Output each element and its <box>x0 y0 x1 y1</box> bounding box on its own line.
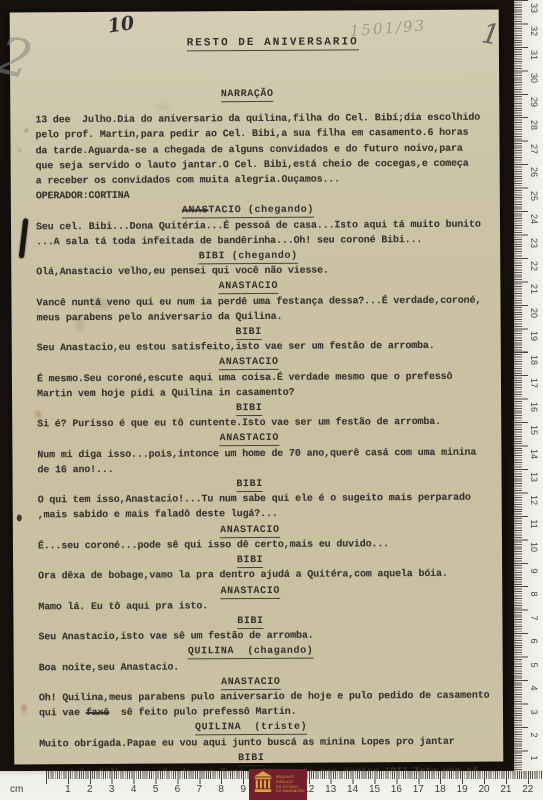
ruler-number: 28 <box>529 118 539 132</box>
script-line: ...A sala tá toda infeitada de bandêrinh… <box>36 233 460 251</box>
ruler-number: 32 <box>529 24 539 38</box>
ruler-number: 1 <box>60 784 76 795</box>
ruler-number: 31 <box>529 48 539 62</box>
script-line: O qui tem isso,Anastacio!...Tu num sabe … <box>38 491 462 509</box>
ruler-number: 7 <box>191 784 207 795</box>
ruler-number: 16 <box>529 400 539 414</box>
ruler-number: 12 <box>529 493 539 507</box>
ruler-number: 6 <box>529 634 539 648</box>
ruler-number: 13 <box>529 470 539 484</box>
script-line: Ora dêxa de bobage,vamo la pra dentro aj… <box>38 567 462 585</box>
ruler-number: 20 <box>529 306 539 320</box>
document-title: RESTO DE ANIVERSARIO <box>35 24 459 63</box>
archive-logo-text: ARQUIVOPUBLICODO ESTADODO MARANHÃO <box>276 775 305 793</box>
ruler-number: 23 <box>529 236 539 250</box>
ruler-number: 17 <box>529 376 539 390</box>
vertical-ruler: 3332313029282726252423222120191817161514… <box>514 0 543 800</box>
scanned-page: 10 2 1501/93 1 RESTO DE ANIVERSARIO NARR… <box>10 10 504 765</box>
cue-heading: NARRAÇÃO <box>35 86 459 104</box>
ruler-number: 22 <box>520 784 536 795</box>
ruler-number: 22 <box>529 259 539 273</box>
ruler-number: 2 <box>529 728 539 742</box>
script-line: Si é? Purisso é que eu tô cuntente.Isto … <box>37 415 461 433</box>
ruler-number: 14 <box>529 447 539 461</box>
ruler-major-ticks <box>514 0 528 800</box>
ruler-number: 1 <box>529 751 539 765</box>
ruler-number: 14 <box>345 784 361 795</box>
ruler-number: 19 <box>454 784 470 795</box>
archive-building-icon <box>253 770 273 799</box>
ruler-number: 18 <box>529 353 539 367</box>
ruler-number: 27 <box>529 142 539 156</box>
script-blocks: NARRAÇÃO13 dee Julho.Dia do aniversario … <box>35 86 463 783</box>
script-line: que seja servido o lauto jantar.O Cel. B… <box>36 157 460 175</box>
ruler-number: 17 <box>410 784 426 795</box>
ruler-number: 16 <box>388 784 404 795</box>
script-line: Muito obrigada.Papae eu vou aqui junto b… <box>39 734 463 752</box>
archive-logo: ARQUIVOPUBLICODO ESTADODO MARANHÃO <box>249 769 307 800</box>
ruler-number: 26 <box>529 165 539 179</box>
struck-word: faxê <box>86 708 109 719</box>
script-line: Num mi diga isso...pois,intonce um home … <box>37 445 461 463</box>
ruler-number: 20 <box>476 784 492 795</box>
script-line: É mesmo.Seu coroné,escute aqui uma coisa… <box>37 369 461 387</box>
ruler-number: 3 <box>529 705 539 719</box>
ruler-number: 30 <box>529 71 539 85</box>
ruler-number: 8 <box>529 587 539 601</box>
ruler-number: 8 <box>213 784 229 795</box>
ruler-number: 29 <box>529 95 539 109</box>
typewritten-text: RESTO DE ANIVERSARIO NARRAÇÃO13 dee Julh… <box>10 10 504 783</box>
ruler-number: 5 <box>148 784 164 795</box>
ruler-number: 25 <box>529 189 539 203</box>
script-line: Oh! Quilina,meus parabens pulo aniversar… <box>39 689 463 707</box>
ruler-number: 18 <box>432 784 448 795</box>
ruler-number: 7 <box>529 611 539 625</box>
struck-text: ANAS <box>182 206 208 217</box>
ruler-number: 24 <box>529 212 539 226</box>
ruler-number: 33 <box>529 1 539 15</box>
ruler-number: 9 <box>529 564 539 578</box>
ruler-number: 4 <box>529 681 539 695</box>
ruler-number: 6 <box>169 784 185 795</box>
ruler-number: 4 <box>126 784 142 795</box>
ruler-number: 13 <box>323 784 339 795</box>
ruler-number: 2 <box>82 784 98 795</box>
ruler-unit-label: cm <box>10 784 23 795</box>
ruler-number: 21 <box>498 784 514 795</box>
ruler-number: 3 <box>104 784 120 795</box>
ruler-number: 15 <box>367 784 383 795</box>
script-line: Seu Anastacio,eu estou satisfeito,isto v… <box>37 339 461 357</box>
ruler-number: 11 <box>529 517 539 531</box>
ruler-number: 5 <box>529 658 539 672</box>
ruler-number: 15 <box>529 423 539 437</box>
ruler-number: 21 <box>529 282 539 296</box>
archive-logo-line: DO MARANHÃO <box>276 789 305 794</box>
ruler-number: 19 <box>529 329 539 343</box>
ruler-number: 10 <box>529 540 539 554</box>
script-line: Vancê nuntá veno qui eu num ia perdê uma… <box>36 293 460 311</box>
